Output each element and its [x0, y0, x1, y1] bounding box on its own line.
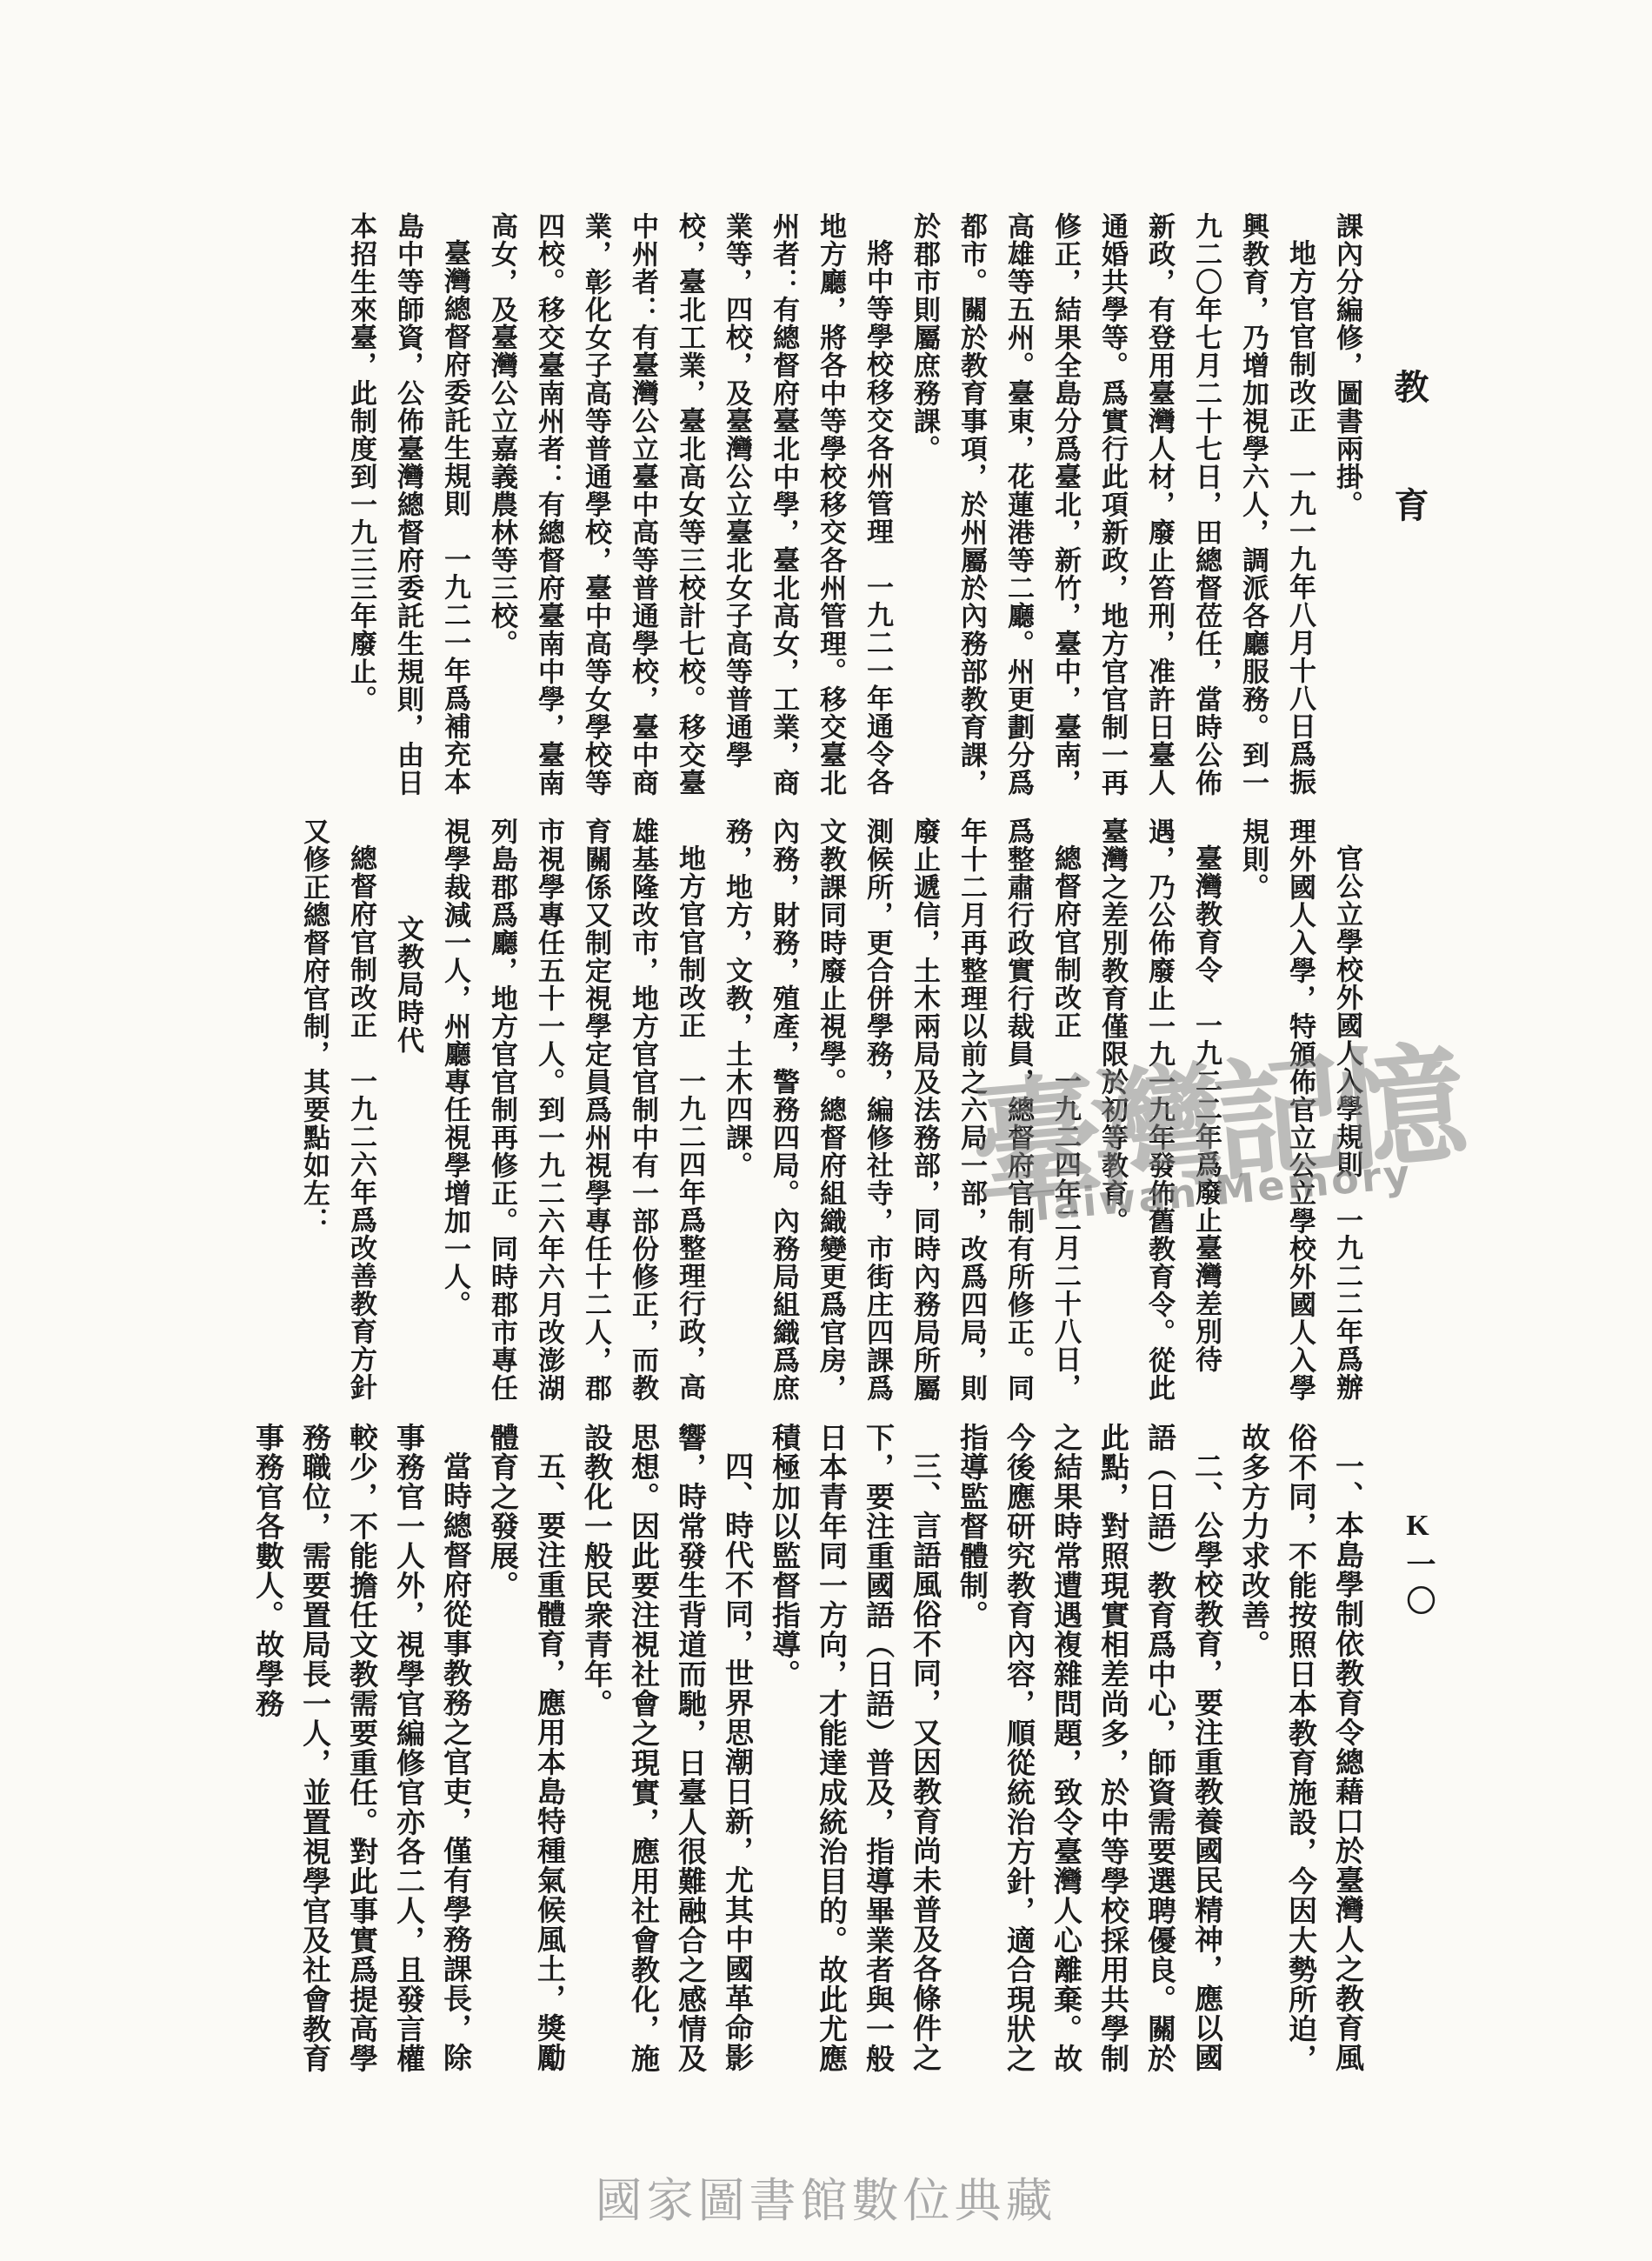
archive-caption: 國家圖書館數位典藏 — [0, 2164, 1652, 2231]
text-band-middle: 官公立學校外國人入學規則 一九二二年爲辦理外國人入學，特頒佈官立公立學校外國人入… — [236, 817, 1370, 1402]
paragraph: 總督府官制改正 一九二四年二月二十八日，爲整肅行政實行裁員，總督府官制有所修正。… — [713, 817, 1089, 1402]
section-header: 教育 — [1384, 369, 1434, 605]
list-item: 四、時代不同，世界思潮日新，尤其中國革命影響，時常發生背道而馳，日臺人很難融合之… — [572, 1423, 760, 2089]
paragraph: 當時總督府從事教務之官吏，僅有學務課長，除事務官一人外，視學官編修官亦各二人，且… — [243, 1423, 478, 2089]
list-item: 三、言語風俗不同，又因教育尚未普及各條件之下，要注重國語（日語）普及，指導畢業者… — [760, 1423, 948, 2089]
page-number: K一〇 — [1396, 1510, 1439, 1622]
text-band-top: 課內分編修，圖書兩掛。 地方官官制改正 一九一九年八月十八日爲振興教育，乃增加視… — [236, 212, 1370, 802]
paragraph: 地方官官制改正 一九二四年爲整理行政，高雄基隆改市，地方官官制中有一部份修正，而… — [431, 817, 713, 1402]
list-item: 五、要注重體育，應用本島特種氣候風土，獎勵體育之發展。 — [478, 1423, 572, 2089]
paragraph: 將中等學校移交各州管理 一九二一年通令各地方廳，將各中等學校移交各州管理。移交臺… — [478, 212, 901, 802]
text-band-bottom: 一、本島學制依教育令總藉口於臺灣人之教育風俗不同，不能按照日本教育施設，今因大勢… — [236, 1423, 1370, 2089]
list-item: 一、本島學制依教育令總藉口於臺灣人之教育風俗不同，不能按照日本教育施設，今因大勢… — [1229, 1423, 1370, 2089]
subsection-heading: 文教局時代 — [384, 817, 431, 1402]
paragraph: 地方官官制改正 一九一九年八月十八日爲振興教育，乃增加視學六人，調派各廳服務。到… — [901, 212, 1323, 802]
paragraph: 課內分編修，圖書兩掛。 — [1323, 212, 1370, 802]
paragraph: 臺灣教育令 一九二二年爲廢止臺灣差別待遇，乃公佈廢止一九一九年發佈舊教育令。從此… — [1089, 817, 1229, 1402]
scanned-page: 教育 K一〇 課內分編修，圖書兩掛。 地方官官制改正 一九一九年八月十八日爲振興… — [0, 0, 1652, 2261]
paragraph: 總督府官制改正 一九二六年爲改善教育方針又修正總督府官制，其要點如左： — [290, 817, 384, 1402]
paragraph: 官公立學校外國人入學規則 一九二二年爲辦理外國人入學，特頒佈官立公立學校外國人入… — [1229, 817, 1370, 1402]
list-item: 二、公學校教育，要注重教養國民精神，應以國語（日語）教育爲中心，師資需要選聘優良… — [948, 1423, 1229, 2089]
paragraph: 臺灣總督府委託生規則 一九二一年爲補充本島中等師資，公佈臺灣總督府委託生規則，由… — [337, 212, 478, 802]
